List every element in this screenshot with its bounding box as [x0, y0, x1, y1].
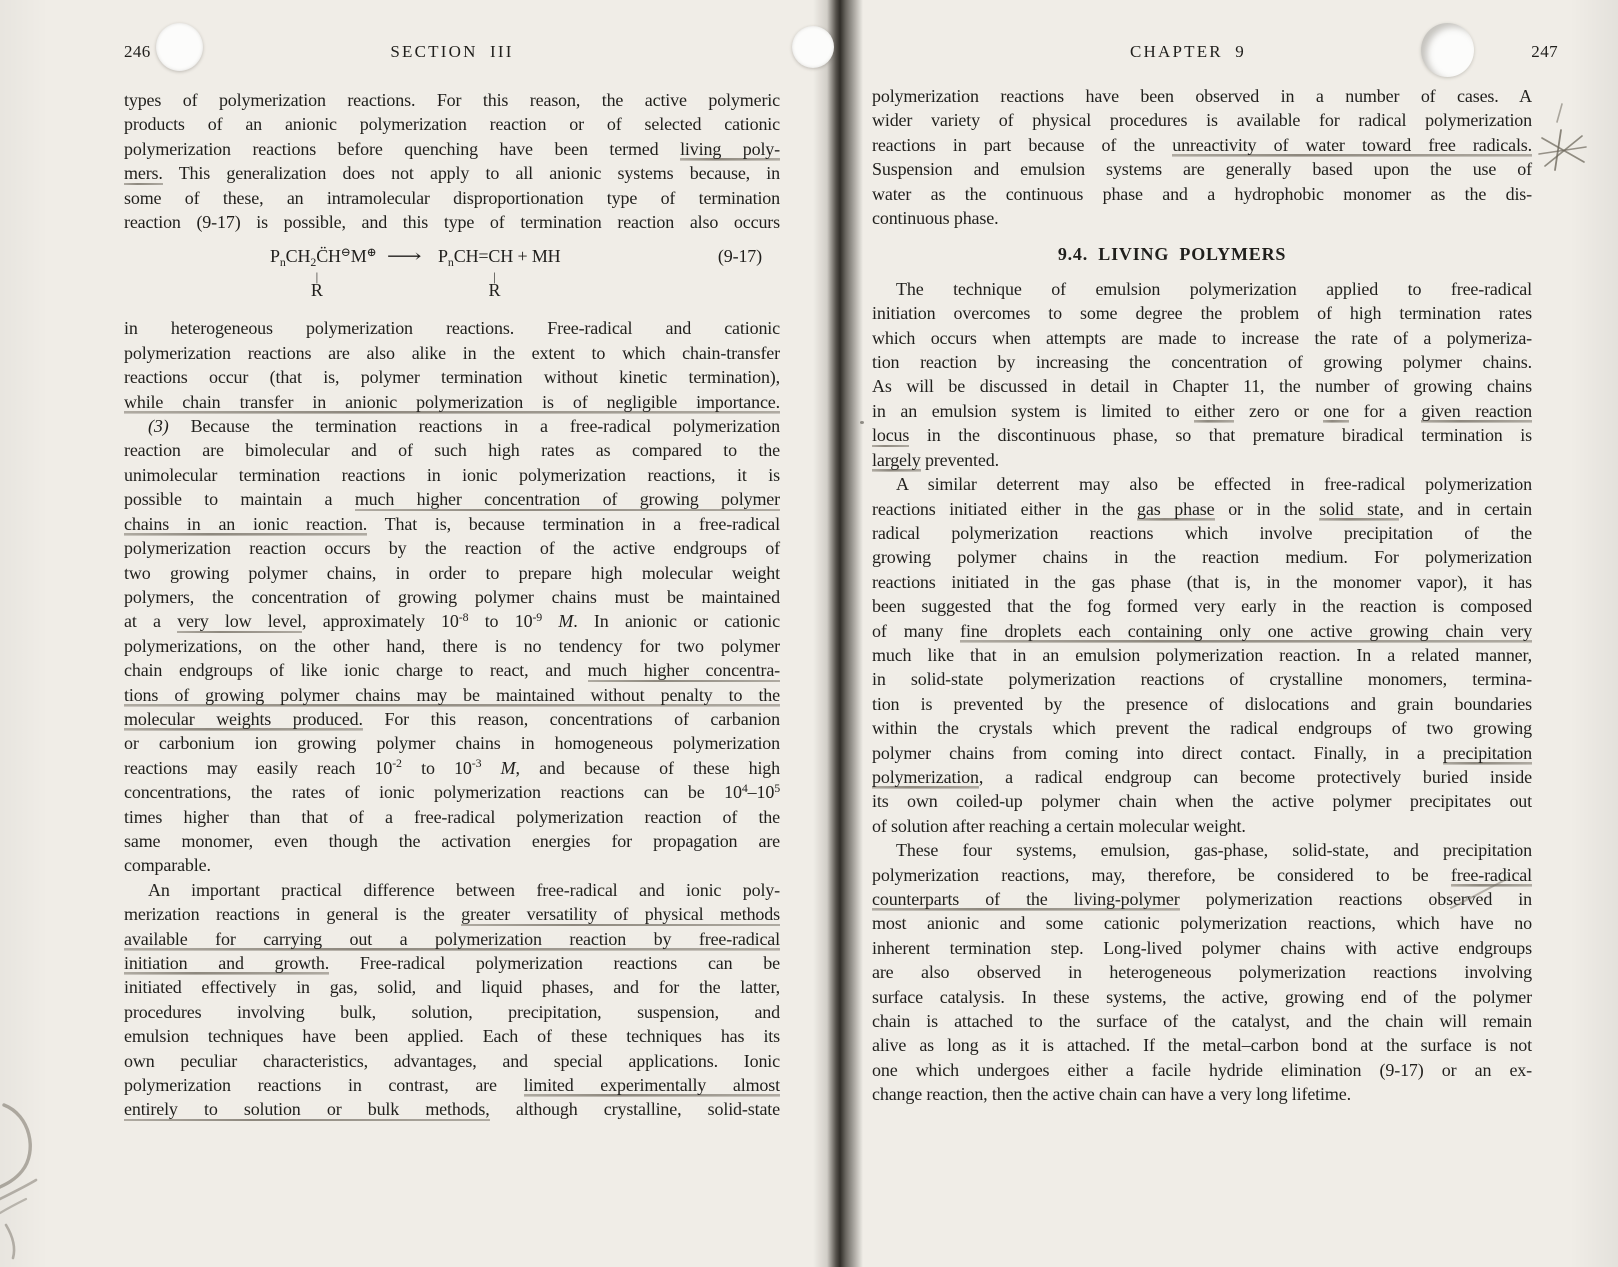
text-line: been suggested that the fog formed very … [872, 594, 1532, 618]
text-line: merization reactions in general is the g… [124, 902, 780, 926]
text-line: in an emulsion system is limited to eith… [872, 399, 1532, 423]
text-line: procedures involving bulk, solution, pre… [124, 1000, 780, 1024]
text-line: reactions initiated in the gas phase (th… [872, 570, 1532, 594]
text-line: types of polymerization reactions. For t… [124, 88, 780, 112]
text-line: polymerization reactions are also alike … [124, 341, 780, 365]
pencil-underlined-text: polymerization [872, 767, 979, 789]
text-line: reactions may easily reach 10-2 to 10-3 … [124, 756, 780, 780]
pencil-underlined-text: very low level [177, 611, 302, 633]
text-line: largely prevented. [872, 448, 1532, 472]
pencil-underlined-text: molecular weights produced. [124, 709, 363, 731]
text-line: water as the continuous phase and a hydr… [872, 182, 1532, 206]
equation-lhs: PnCH2C̈H⊖M⊕|R [270, 244, 376, 268]
text-line: The technique of emulsion polymerization… [872, 277, 1532, 301]
text-line: growing polymer chains in the reaction m… [872, 545, 1532, 569]
pencil-underlined-text: counterparts of the living-polymer [872, 889, 1180, 911]
pencil-underlined-text: unreactivity of water toward free radica… [1172, 135, 1532, 157]
text-segment: -3 [472, 756, 482, 770]
text-line: chain is attached to the surface of the … [872, 1009, 1532, 1033]
substituent-r: R [311, 278, 323, 302]
paragraph: A similar deterrent may also be effected… [872, 472, 1532, 838]
text-segment: M [351, 246, 367, 266]
text-line: initiated effectively in gas, solid, and… [124, 975, 780, 999]
text-segment: 5 [774, 781, 780, 795]
paragraph: An important practical difference betwee… [124, 878, 780, 1122]
text-line: same monomer, even though the activation… [124, 829, 780, 853]
text-line: chain endgroups of like ionic charge to … [124, 658, 780, 682]
text-line: continuous phase. [872, 206, 1532, 230]
section-heading: 9.4. LIVING POLYMERS [842, 242, 1502, 266]
text-line: its own coiled-up polymer chain when the… [872, 789, 1532, 813]
pencil-underlined-text: mers. [124, 163, 163, 185]
text-line: polymerization reactions, may, therefore… [872, 863, 1532, 887]
paragraph: types of polymerization reactions. For t… [124, 88, 780, 234]
pencil-underlined-text: much higher concentration of growing pol… [355, 489, 780, 511]
text-line: at a very low level, approximately 10-8 … [124, 609, 780, 633]
right-page-text-column: polymerization reactions have been obser… [872, 84, 1532, 1107]
text-line: inherent termination step. Long-lived po… [872, 936, 1532, 960]
text-line: A similar deterrent may also be effected… [872, 472, 1532, 496]
pencil-margin-dot [860, 421, 864, 424]
pencil-underlined-text: given reaction [1421, 401, 1532, 423]
paragraph: in heterogeneous polymerization reaction… [124, 316, 780, 414]
text-line: mers. This generalization does not apply… [124, 161, 780, 185]
pencil-underlined-text: limited experimentally almost [524, 1075, 780, 1097]
text-segment: P [438, 246, 448, 266]
reaction-arrow: ⟶ [366, 244, 449, 268]
text-line: within the crystals which prevent the ra… [872, 716, 1532, 740]
text-line: change reaction, then the active chain c… [872, 1082, 1532, 1106]
text-line: one which undergoes either a facile hydr… [872, 1058, 1532, 1082]
text-line: tions of growing polymer chains may be m… [124, 683, 780, 707]
text-segment: ⊖ [341, 245, 351, 259]
text-line: radical polymerization reactions which i… [872, 521, 1532, 545]
text-line: locus in the discontinuous phase, so tha… [872, 423, 1532, 447]
text-line: (3) Because the termination reactions in… [124, 414, 780, 438]
text-line: reactions occur (that is, polymer termin… [124, 365, 780, 389]
pencil-underlined-text: entirely to solution or bulk methods, [124, 1099, 490, 1121]
lhs-formula: PnCH2C̈H⊖M⊕ [270, 246, 376, 266]
text-line: much like that in an emulsion polymeriza… [872, 643, 1532, 667]
text-line: comparable. [124, 853, 780, 877]
text-line: while chain transfer in anionic polymeri… [124, 390, 780, 414]
pencil-underlined-text: largely [872, 450, 921, 472]
running-head-left: SECTION III [124, 42, 780, 62]
text-line: two growing polymer chains, in order to … [124, 561, 780, 585]
text-line: wider variety of physical procedures is … [872, 108, 1532, 132]
text-line: reaction (9-17) is possible, and this ty… [124, 210, 780, 234]
pencil-underlined-text: precipitation [1443, 743, 1532, 765]
paragraph: The technique of emulsion polymerization… [872, 277, 1532, 472]
text-segment: n [448, 255, 454, 269]
text-line: polymers, the concentration of growing p… [124, 585, 780, 609]
text-segment: M [558, 611, 573, 631]
pencil-asterisk-mark [1534, 100, 1594, 176]
pencil-underlined-text: initiation and growth. [124, 953, 329, 975]
text-line: times higher than that of a free-radical… [124, 805, 780, 829]
pencil-underlined-text: while chain transfer in anionic polymeri… [124, 392, 780, 414]
text-line: unimolecular termination reactions in io… [124, 463, 780, 487]
text-line: surface catalysis. In these systems, the… [872, 985, 1532, 1009]
text-line: in solid-state polymerization reactions … [872, 667, 1532, 691]
text-line: possible to maintain a much higher conce… [124, 487, 780, 511]
text-line: reaction are bimolecular and of such hig… [124, 438, 780, 462]
pencil-underlined-text: chains in an ionic reaction. [124, 514, 367, 536]
text-line: in heterogeneous polymerization reaction… [124, 316, 780, 340]
running-head-right: CHAPTER 9 [858, 42, 1518, 62]
text-segment: -8 [459, 610, 469, 624]
text-line: chains in an ionic reaction. That is, be… [124, 512, 780, 536]
text-line: polymer chains from coming into direct c… [872, 741, 1532, 765]
text-line: An important practical difference betwee… [124, 878, 780, 902]
binding-gutter [813, 0, 863, 1267]
text-segment: 4 [742, 781, 748, 795]
text-line: which occurs when attempts are made to i… [872, 326, 1532, 350]
text-line: Suspension and emulsion systems are gene… [872, 157, 1532, 181]
pencil-underlined-text: available for carrying out a polymerizat… [124, 929, 780, 951]
pencil-underlined-text: tions of growing polymer chains may be m… [124, 685, 780, 707]
pencil-underlined-text: either [1194, 401, 1234, 423]
page-number-right: 247 [1498, 42, 1558, 62]
text-segment: -2 [392, 756, 402, 770]
punch-hole [792, 26, 834, 68]
text-line: These four systems, emulsion, gas-phase,… [872, 838, 1532, 862]
text-segment: n [280, 255, 286, 269]
text-line: entirely to solution or bulk methods, al… [124, 1097, 780, 1121]
text-line: initiation and growth. Free-radical poly… [124, 951, 780, 975]
text-segment: CH [286, 246, 311, 266]
pencil-underlined-text: free-radical [1451, 865, 1532, 887]
pencil-underlined-text: one [1323, 401, 1349, 423]
text-line: reactions in part because of the unreact… [872, 133, 1532, 157]
text-line: tion is prevented by the presence of dis… [872, 692, 1532, 716]
text-line: initiation overcomes to some degree the … [872, 301, 1532, 325]
text-line: some of these, an intramolecular disprop… [124, 186, 780, 210]
text-line: of solution after reaching a certain mol… [872, 814, 1532, 838]
text-line: are also observed in heterogeneous polym… [872, 960, 1532, 984]
text-line: counterparts of the living-polymer polym… [872, 887, 1532, 911]
text-segment: P [270, 246, 280, 266]
text-segment: -9 [532, 610, 542, 624]
text-line: available for carrying out a polymerizat… [124, 927, 780, 951]
text-line: tion reaction by increasing the concentr… [872, 350, 1532, 374]
text-line: polymerizations, on the other hand, ther… [124, 634, 780, 658]
paragraph: These four systems, emulsion, gas-phase,… [872, 838, 1532, 1106]
pencil-underlined-text: locus [872, 425, 909, 447]
text-line: alive as long as it is attached. If the … [872, 1033, 1532, 1057]
text-line: own peculiar characteristics, advantages… [124, 1049, 780, 1073]
text-line: products of an anionic polymerization re… [124, 112, 780, 136]
pencil-corner-scribble [0, 1095, 52, 1267]
text-line: emulsion techniques have been applied. E… [124, 1024, 780, 1048]
text-line: polymerization reactions have been obser… [872, 84, 1532, 108]
substituent-r: R [488, 278, 500, 302]
chemical-equation: PnCH2C̈H⊖M⊕|R⟶PnCH=CH + MH|R(9-17) [124, 244, 780, 300]
text-segment: (3) [148, 416, 169, 436]
text-line: most anionic and some cationic polymeriz… [872, 911, 1532, 935]
pencil-underlined-text: much higher concentra- [588, 660, 780, 682]
equation-rhs: PnCH=CH + MH|R [438, 244, 561, 268]
text-segment: C̈H [316, 246, 341, 266]
text-segment: CH=CH + MH [454, 246, 561, 266]
pencil-underlined-text: greater versatility of physical methods [461, 904, 780, 926]
text-line: As will be discussed in detail in Chapte… [872, 374, 1532, 398]
text-line: of many fine droplets each containing on… [872, 619, 1532, 643]
text-line: polymerization reaction occurs by the re… [124, 536, 780, 560]
text-line: polymerization reactions before quenchin… [124, 137, 780, 161]
equation-number: (9-17) [718, 244, 762, 268]
text-line: polymerization reactions in contrast, ar… [124, 1073, 780, 1097]
left-page-text-column: types of polymerization reactions. For t… [124, 88, 780, 1122]
paragraph: polymerization reactions have been obser… [872, 84, 1532, 230]
text-line: concentrations, the rates of ionic polym… [124, 780, 780, 804]
text-line: or carbonium ion growing polymer chains … [124, 731, 780, 755]
pencil-underlined-text: solid state [1319, 499, 1399, 521]
text-line: molecular weights produced. For this rea… [124, 707, 780, 731]
text-line: polymerization, a radical endgroup can b… [872, 765, 1532, 789]
text-line: reactions initiated either in the gas ph… [872, 497, 1532, 521]
text-segment: M [501, 758, 516, 778]
pencil-underlined-text: living poly- [680, 139, 780, 161]
paragraph: (3) Because the termination reactions in… [124, 414, 780, 878]
book-scan-spread: 246 SECTION III types of polymerization … [0, 0, 1618, 1267]
rhs-formula: PnCH=CH + MH [438, 246, 561, 266]
pencil-underlined-text: gas phase [1137, 499, 1214, 521]
pencil-underlined-text: fine droplets each containing only one a… [960, 621, 1532, 643]
